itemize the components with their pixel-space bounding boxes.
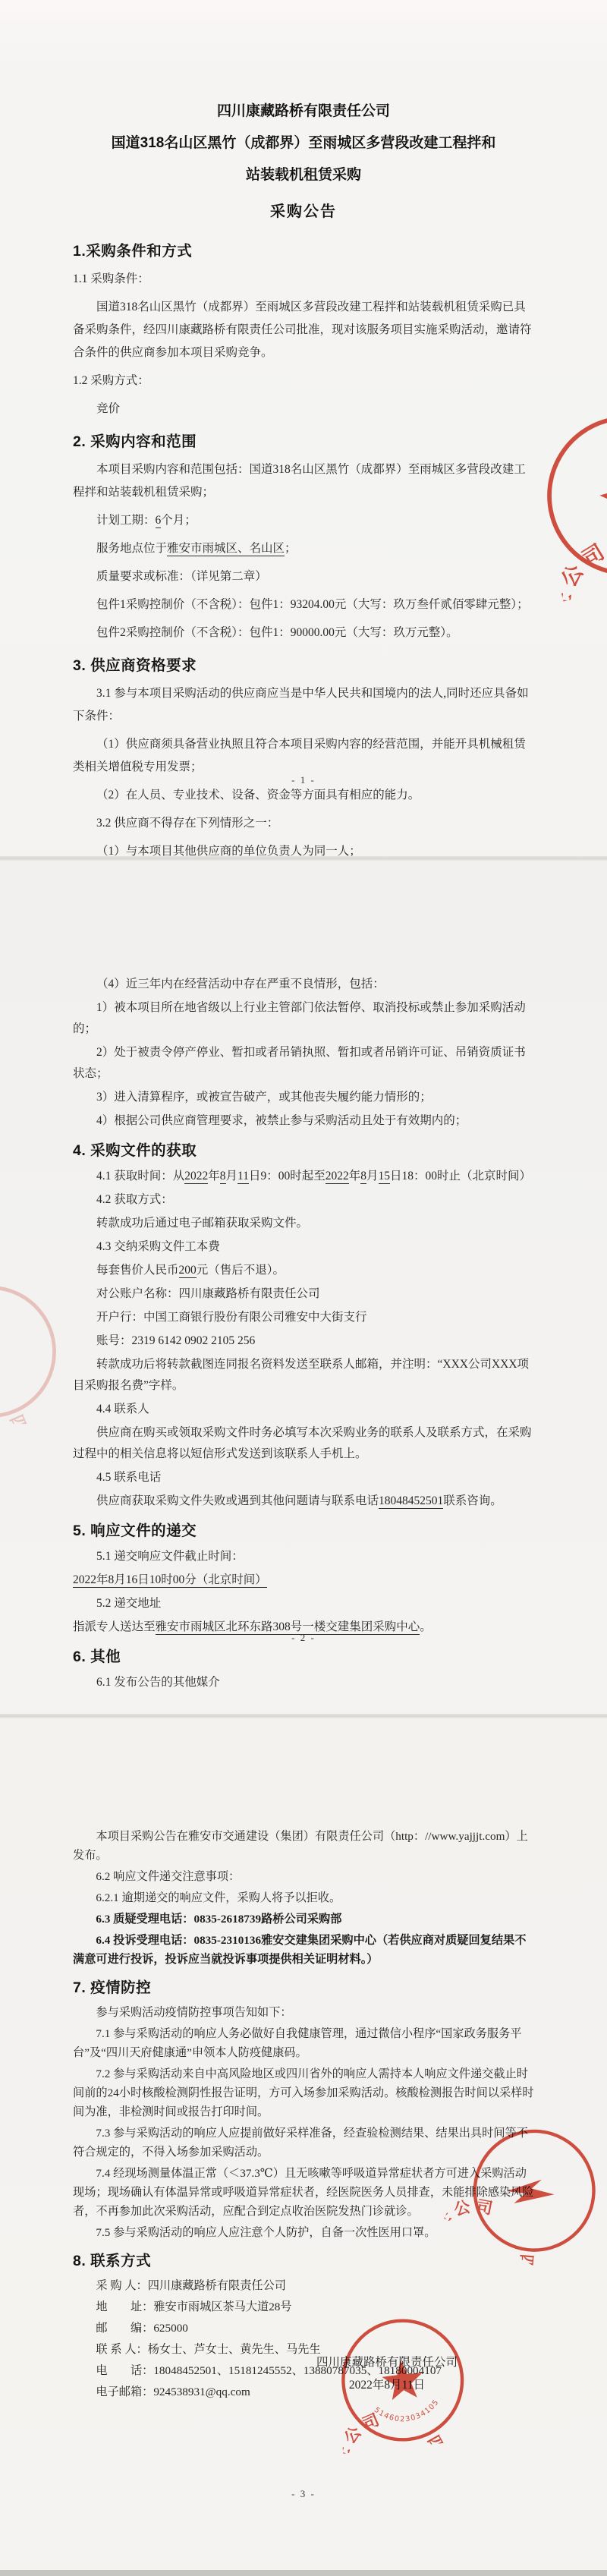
location-value: 雅安市雨城区、名山区: [167, 542, 285, 556]
clause-1-1: 1.1 采购条件：: [73, 268, 534, 291]
page-1-content: 四川康藏路桥有限责任公司 国道318名山区黑竹（成都界）至雨城区多营段改建工程拌…: [0, 0, 607, 856]
section-3-heading: 3. 供应商资格要求: [73, 654, 534, 677]
section-8-heading: 8. 联系方式: [73, 2250, 534, 2272]
clause-4-4-text: 供应商在购买或领取采购文件时务必填写本次采购业务的联系人及联系方式，在采购过程中…: [73, 1422, 534, 1465]
signature-date: 2022年8月11日: [269, 2374, 505, 2397]
document-price: 每套售价人民币200元（售后不退）。: [73, 1260, 534, 1281]
quality-standard: 质量要求或标准：（详见第二章）: [73, 565, 534, 588]
page-3: 本项目采购公告在雅安市交通建设（集团）有限责任公司（http：//www.yaj…: [0, 1718, 607, 2570]
package-1-price: 包件1采购控制价（不含税）：包件1：93204.00元（大写：玖万叁仟贰佰零肆元…: [73, 594, 534, 616]
buyer-zip: 邮 编：625000: [73, 2319, 534, 2338]
bank-name: 开户行：中国工商银行股份有限公司雅安中大街支行: [73, 1307, 534, 1328]
clause-5-2: 5.2 递交地址: [73, 1593, 534, 1614]
clause-7-4: 7.4 经现场测量体温正常（＜37.3℃）且无咳嗽等呼吸道异常症状者方可进入采购…: [73, 2164, 534, 2221]
package-2-price: 包件2采购控制价（不含税）：包件1：90000.00元（大写：玖万元整）。: [73, 622, 534, 644]
bidding-method: 竞价: [73, 398, 534, 420]
price-value: 200: [179, 1264, 197, 1278]
page-1: 四川康藏路桥有限责任公司 国道318名山区黑竹（成都界）至雨城区多营段改建工程拌…: [0, 0, 607, 856]
clause-4-4: 4.4 联系人: [73, 1399, 534, 1420]
page-2-content: （4）近三年内在经营活动中存在严重不良情形，包括： 1）被本项目所在地省级以上行…: [0, 861, 607, 1693]
clause-1-2: 1.2 采购方式：: [73, 370, 534, 392]
signature-block: 四川康藏路桥有限责任公司 2022年8月11日: [269, 2351, 505, 2397]
complaint-phone: 6.4 投诉受理电话：0835-2310136雅安交建集团采购中心（若供应商对质…: [73, 1931, 534, 1969]
clause-3-2-4-2: 2）处于被责令停产停业、暂扣或者吊销执照、暂扣或者吊销许可证、吊销资质证书状态；: [73, 1042, 534, 1085]
submission-deadline: 2022年8月16日10时00分（北京时间）: [73, 1570, 534, 1591]
scope-text: 本项目采购内容和范围包括：国道318名山区黑竹（成都界）至雨城区多营段改建工程拌…: [73, 458, 534, 504]
clause-3-2: 3.2 供应商不得存在下列情形之一：: [73, 812, 534, 835]
clause-3-2-4-1: 1）被本项目所在地省级以上行业主管部门依法暂停、取消投标或禁止参加采购活动的；: [73, 997, 534, 1040]
clause-6-2: 6.2 响应文件递交注意事项：: [73, 1867, 534, 1886]
document-subtitle: 采购公告: [73, 196, 534, 228]
clause-3-2-4-3: 3）进入清算程序，或被宣告破产，或其他丧失履约能力情形的；: [73, 1087, 534, 1108]
help-phone-number: 18048452501: [379, 1494, 443, 1509]
clause-3-2-1: （1）与本项目其他供应商的单位负责人为同一人；: [73, 840, 534, 856]
clause-3-1: 3.1 参与本项目采购活动的供应商应当是中华人民共和国境内的法人,同时还应具备如…: [73, 682, 534, 728]
buyer-name: 采 购 人：四川康藏路桥有限责任公司: [73, 2276, 534, 2295]
clause-7-2: 7.2 参与采购活动来自中高风险地区或四川省外的响应人需持本人响应文件递交截止时…: [73, 2064, 534, 2121]
page-3-content: 本项目采购公告在雅安市交通建设（集团）有限责任公司（http：//www.yaj…: [0, 1718, 607, 2401]
bank-account-name: 对公账户名称：四川康藏路桥有限责任公司: [73, 1283, 534, 1305]
clause-6-2-1: 6.2.1 逾期递交的响应文件，采购人将予以拒收。: [73, 1888, 534, 1907]
section-4-heading: 4. 采购文件的获取: [73, 1139, 534, 1162]
clause-7-5: 7.5 参与采购活动的响应人应注意个人防护，自备一次性医用口罩。: [73, 2223, 534, 2242]
clause-1-1-text: 国道318名山区黑竹（成都界）至雨城区多营段改建工程拌和站装载机租赁采购已具备采…: [73, 296, 534, 364]
obtain-time: 4.1 获取时间：从2022年8月11日9：00时起至2022年8月15日18：…: [73, 1166, 534, 1187]
page-number-1: - 1 -: [0, 774, 607, 786]
transfer-note: 转款成功后将转款截图连同报名资料发送至联系人邮箱，并注明：“XXX公司XXX项目…: [73, 1354, 534, 1397]
clause-5-1: 5.1 递交响应文件截止时间：: [73, 1546, 534, 1567]
page-2: （4）近三年内在经营活动中存在严重不良情形，包括： 1）被本项目所在地省级以上行…: [0, 861, 607, 1714]
seal-arc-text: 四川康藏路桥有限责任公司: [329, 2403, 458, 2454]
page-number-3: - 3 -: [0, 2488, 607, 2500]
seal-code-text: 5146023034105: [372, 2398, 442, 2427]
section-7-heading: 7. 疫情防控: [73, 1976, 534, 1999]
svg-text:5146023034105: 5146023034105: [372, 2398, 442, 2427]
clause-4-5: 4.5 联系电话: [73, 1467, 534, 1488]
help-phone: 供应商获取采购文件失败或遇到其他问题请与联系电话18048452501联系咨询。: [73, 1491, 534, 1512]
clause-3-2-4-4: 4）根据公司供应商管理要求，被禁止参与采购活动且处于有效期内的；: [73, 1110, 534, 1132]
bank-account-number: 账号：2319 6142 0902 2105 256: [73, 1331, 534, 1352]
svg-text:四川康藏路桥有限责任公司: 四川康藏路桥有限责任公司: [329, 2403, 458, 2454]
clause-3-1-2: （2）在人员、专业技术、设备、资金等方面具有相应的能力。: [73, 784, 534, 807]
clause-3-2-4: （4）近三年内在经营活动中存在严重不良情形，包括：: [73, 974, 534, 995]
scan-bottom-edge: [0, 2570, 607, 2576]
section-5-heading: 5. 响应文件的递交: [73, 1519, 534, 1542]
clause-7-intro: 参与采购活动疫情防控事项告知如下：: [73, 2003, 534, 2022]
clause-7-3: 7.3 参与采购活动的响应人应提前做好采样准备，经查验检测结果、结果出具时间等不…: [73, 2124, 534, 2162]
clause-4-2: 4.2 获取方式：: [73, 1189, 534, 1211]
document-title-line2: 站装载机租赁采购: [73, 159, 534, 191]
document-title-line1: 国道318名山区黑竹（成都界）至雨城区多营段改建工程拌和: [73, 128, 534, 159]
clause-4-2-text: 转款成功后通过电子邮箱获取采购文件。: [73, 1213, 534, 1234]
signature-company: 四川康藏路桥有限责任公司: [269, 2351, 505, 2374]
page-number-2: - 2 -: [0, 1632, 607, 1644]
clause-7-1: 7.1 参与采购活动的响应人务必做好自我健康管理，通过微信小程序“国家政务服务平…: [73, 2024, 534, 2062]
document-company: 四川康藏路桥有限责任公司: [73, 96, 534, 128]
buyer-address: 地 址：雅安市雨城区茶马大道28号: [73, 2297, 534, 2316]
clause-3-1-1: （1）供应商须具备营业执照且符合本项目采购内容的经营范围，并能开具机械租赁类相关…: [73, 733, 534, 779]
section-6-heading: 6. 其他: [73, 1645, 534, 1668]
section-1-heading: 1.采购条件和方式: [73, 240, 534, 263]
service-location: 服务地点位于雅安市雨城区、名山区；: [73, 537, 534, 560]
clause-6-1: 6.1 发布公告的其他媒介: [73, 1672, 534, 1693]
clause-4-3: 4.3 交纳采购文件工本费: [73, 1236, 534, 1258]
query-phone: 6.3 质疑受理电话：0835-2618739路桥公司采购部: [73, 1910, 534, 1929]
publish-media-text: 本项目采购公告在雅安市交通建设（集团）有限责任公司（http：//www.yaj…: [73, 1827, 534, 1865]
planned-duration: 计划工期：6个月；: [73, 509, 534, 532]
section-2-heading: 2. 采购内容和范围: [73, 430, 534, 453]
